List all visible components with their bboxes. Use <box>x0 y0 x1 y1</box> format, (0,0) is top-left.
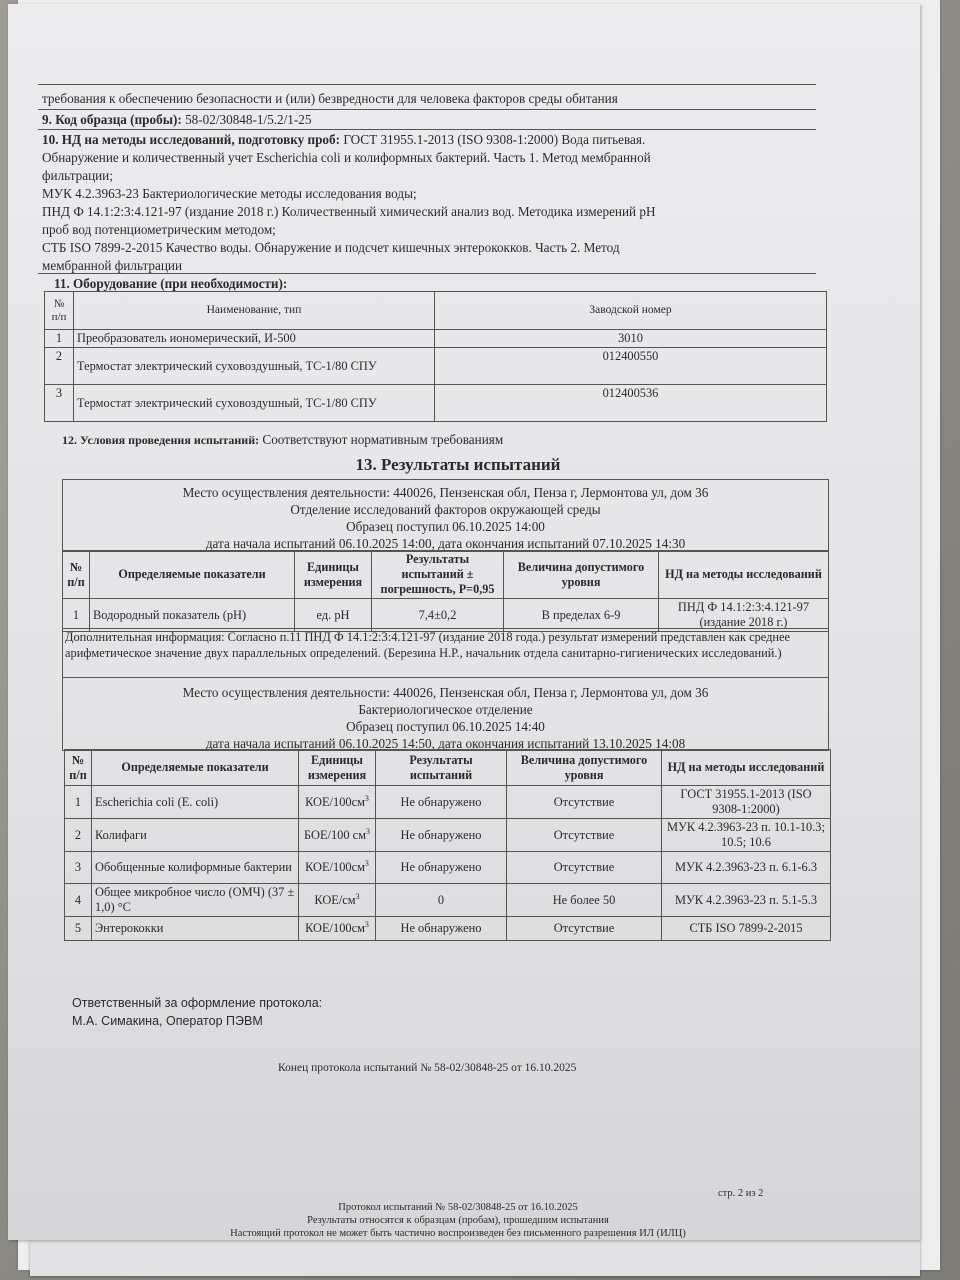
header-limit: Величина допустимого уровня <box>504 551 659 599</box>
block1-received: Образец поступил 06.10.2025 14:00 <box>63 518 828 535</box>
cell-method: ПНД Ф 14.1:2:3:4.121-97 (издание 2018 г.… <box>659 599 829 632</box>
divider <box>38 273 816 274</box>
cell-units: КОЕ/100см3 <box>299 917 376 941</box>
methods-line: СТБ ISO 7899-2-2015 Качество воды. Обнар… <box>42 239 620 257</box>
methods-line: МУК 4.2.3963-23 Бактериологические метод… <box>42 185 417 203</box>
underlying-sheet-bottom <box>30 1240 920 1276</box>
divider <box>38 84 816 85</box>
table-row: 3 Термостат электрический суховоздушный,… <box>45 385 827 422</box>
block1-info: Место осуществления деятельности: 440026… <box>62 479 829 552</box>
cell-limit: Отсутствие <box>507 917 662 941</box>
conditions-label: 12. Условия проведения испытаний: <box>62 433 259 447</box>
units-exponent: 3 <box>356 891 360 900</box>
header-result: Результаты испытаний ± погрешность, P=0,… <box>372 551 504 599</box>
cell-result: Не обнаружено <box>376 852 507 884</box>
cell-num: 1 <box>63 599 90 632</box>
table-row: 3 Обобщенные колиформные бактерии КОЕ/10… <box>65 852 831 884</box>
equipment-num: 3 <box>45 385 74 422</box>
equipment-header-num: № п/п <box>45 292 74 330</box>
block2-info: Место осуществления деятельности: 440026… <box>62 677 829 751</box>
page-number: стр. 2 из 2 <box>718 1187 763 1200</box>
responsible-label: Ответственный за оформление протокола: <box>72 994 322 1012</box>
cell-method: СТБ ISO 7899-2-2015 <box>662 917 831 941</box>
units-exponent: 3 <box>365 793 369 802</box>
table-row: 1 Преобразователь иономерический, И-500 … <box>45 330 827 348</box>
cell-method: МУК 4.2.3963-23 п. 5.1-5.3 <box>662 884 831 917</box>
equipment-num: 1 <box>45 330 74 348</box>
footer-protocol: Протокол испытаний № 58-02/30848-25 от 1… <box>8 1201 908 1214</box>
cell-result: Не обнаружено <box>376 819 507 852</box>
sample-code: 9. Код образца (пробы): 58-02/30848-1/5.… <box>42 111 311 129</box>
equipment-serial: 012400550 <box>435 348 827 385</box>
cell-result: 7,4±0,2 <box>372 599 504 632</box>
equipment-name: Термостат электрический суховоздушный, Т… <box>74 348 435 385</box>
cell-method: ГОСТ 31955.1-2013 (ISO 9308-1:2000) <box>662 786 831 819</box>
cell-indicator: Escherichia coli (E. coli) <box>92 786 299 819</box>
document-page: требования к обеспечению безопасности и … <box>8 4 920 1240</box>
results-title: 13. Результаты испытаний <box>8 455 908 475</box>
header-result: Результаты испытаний <box>376 750 507 786</box>
block2-received: Образец поступил 06.10.2025 14:40 <box>63 718 828 735</box>
methods-section: 10. НД на методы исследований, подготовк… <box>42 131 645 149</box>
cell-units: КОЕ/100см3 <box>299 852 376 884</box>
cell-method: МУК 4.2.3963-23 п. 10.1-10.3; 10.5; 10.6 <box>662 819 831 852</box>
divider <box>38 109 816 110</box>
table-row: 2 Термостат электрический суховоздушный,… <box>45 348 827 385</box>
header-indicator: Определяемые показатели <box>90 551 295 599</box>
methods-line: Обнаружение и количественный учет Escher… <box>42 149 651 167</box>
header-units: Единицы измерения <box>299 750 376 786</box>
sample-code-value: 58-02/30848-1/5.2/1-25 <box>185 112 311 127</box>
header-method: НД на методы исследований <box>659 551 829 599</box>
header-limit: Величина допустимого уровня <box>507 750 662 786</box>
cell-indicator: Колифаги <box>92 819 299 852</box>
header-num: № п/п <box>65 750 92 786</box>
cell-limit: Отсутствие <box>507 786 662 819</box>
block2-department: Бактериологическое отделение <box>63 701 828 718</box>
cell-limit: Не более 50 <box>507 884 662 917</box>
methods-line: проб вод потенциометрическим методом; <box>42 221 276 239</box>
equipment-serial: 3010 <box>435 330 827 348</box>
table-row: 4 Общее микробное число (ОМЧ) (37 ± 1,0)… <box>65 884 831 917</box>
table-row: 1 Escherichia coli (E. coli) КОЕ/100см3 … <box>65 786 831 819</box>
cell-num: 1 <box>65 786 92 819</box>
units-text: КОЕ/100см <box>305 860 365 874</box>
table-row: 2 Колифаги БОЕ/100 см3 Не обнаружено Отс… <box>65 819 831 852</box>
table-row: 5 Энтерококки КОЕ/100см3 Не обнаружено О… <box>65 917 831 941</box>
cell-num: 3 <box>65 852 92 884</box>
block1-additional-info: Дополнительная информация: Согласно п.11… <box>62 628 829 678</box>
cell-result: Не обнаружено <box>376 786 507 819</box>
methods-line: ГОСТ 31955.1-2013 (ISO 9308-1:2000) Вода… <box>343 132 645 147</box>
cell-result: 0 <box>376 884 507 917</box>
equipment-header-serial: Заводской номер <box>435 292 827 330</box>
equipment-table: № п/п Наименование, тип Заводской номер … <box>44 291 827 422</box>
equipment-serial: 012400536 <box>435 385 827 422</box>
units-exponent: 3 <box>365 920 369 929</box>
cell-method: МУК 4.2.3963-23 п. 6.1-6.3 <box>662 852 831 884</box>
divider <box>38 129 816 130</box>
equipment-num: 2 <box>45 348 74 385</box>
units-exponent: 3 <box>365 859 369 868</box>
cell-num: 5 <box>65 917 92 941</box>
cell-limit: Отсутствие <box>507 852 662 884</box>
equipment-header-name: Наименование, тип <box>74 292 435 330</box>
responsible-name: М.А. Симакина, Оператор ПЭВМ <box>72 1012 263 1030</box>
footer-copyright: Настоящий протокол не может быть частичн… <box>8 1227 908 1240</box>
cell-limit: В пределах 6-9 <box>504 599 659 632</box>
header-indicator: Определяемые показатели <box>92 750 299 786</box>
cell-limit: Отсутствие <box>507 819 662 852</box>
equipment-name: Термостат электрический суховоздушный, Т… <box>74 385 435 422</box>
cell-indicator: Общее микробное число (ОМЧ) (37 ± 1,0) °… <box>92 884 299 917</box>
header-units: Единицы измерения <box>295 551 372 599</box>
conditions-value: Соответствуют нормативным требованиям <box>262 432 503 447</box>
cell-units: БОЕ/100 см3 <box>299 819 376 852</box>
cell-indicator: Водородный показатель (pH) <box>90 599 295 632</box>
block1-place: Место осуществления деятельности: 440026… <box>63 484 828 501</box>
cell-num: 4 <box>65 884 92 917</box>
conditions: 12. Условия проведения испытаний: Соотве… <box>62 431 503 449</box>
methods-line: фильтрации; <box>42 167 113 185</box>
cell-units: КОЕ/см3 <box>299 884 376 917</box>
units-exponent: 3 <box>366 826 370 835</box>
cell-num: 2 <box>65 819 92 852</box>
cell-units: ед. pH <box>295 599 372 632</box>
sample-code-label: 9. Код образца (пробы): <box>42 112 182 127</box>
block2-place: Место осуществления деятельности: 440026… <box>63 684 828 701</box>
units-text: КОЕ/см <box>314 893 355 907</box>
header-method: НД на методы исследований <box>662 750 831 786</box>
block2-results-table: № п/п Определяемые показатели Единицы из… <box>64 749 831 941</box>
footer-relates: Результаты относятся к образцам (пробам)… <box>8 1214 908 1227</box>
end-note: Конец протокола испытаний № 58-02/30848-… <box>278 1059 576 1077</box>
block1-results-table: № п/п Определяемые показатели Единицы из… <box>62 550 829 632</box>
units-text: БОЕ/100 см <box>304 828 366 842</box>
methods-label: 10. НД на методы исследований, подготовк… <box>42 132 340 147</box>
table-row: 1 Водородный показатель (pH) ед. pH 7,4±… <box>63 599 829 632</box>
cell-result: Не обнаружено <box>376 917 507 941</box>
header-num: № п/п <box>63 551 90 599</box>
intro-tail: требования к обеспечению безопасности и … <box>42 90 618 108</box>
cell-indicator: Обобщенные колиформные бактерии <box>92 852 299 884</box>
cell-units: КОЕ/100см3 <box>299 786 376 819</box>
block1-department: Отделение исследований факторов окружающ… <box>63 501 828 518</box>
cell-indicator: Энтерококки <box>92 917 299 941</box>
units-text: КОЕ/100см <box>305 921 365 935</box>
equipment-name: Преобразователь иономерический, И-500 <box>74 330 435 348</box>
methods-line: ПНД Ф 14.1:2:3:4.121-97 (издание 2018 г.… <box>42 203 656 221</box>
units-text: КОЕ/100см <box>305 795 365 809</box>
